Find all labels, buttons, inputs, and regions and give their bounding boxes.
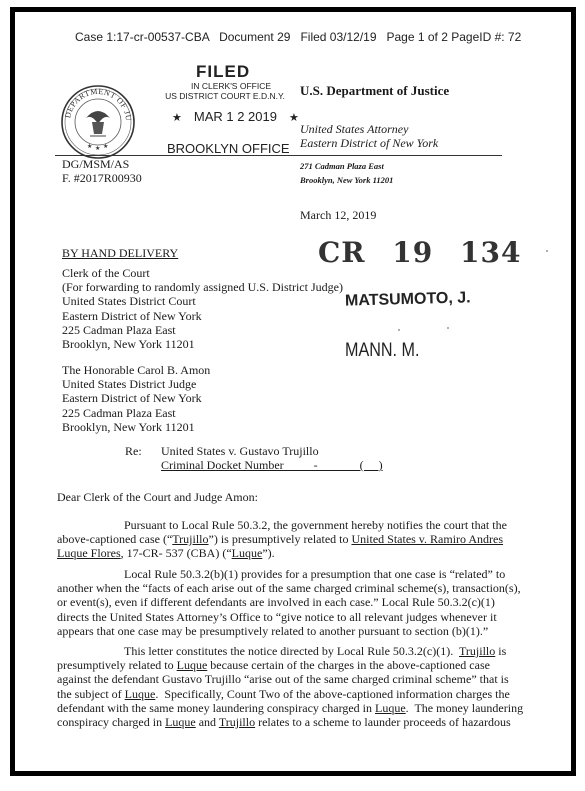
related-case-name: United States v. Ramiro Andres <box>351 532 503 546</box>
address-line: 225 Cadman Plaza East <box>62 406 210 420</box>
address-line: Eastern District of New York <box>62 391 210 405</box>
filed-stamp-date-row: ★MAR 1 2 2019★ <box>160 110 311 125</box>
address-line: United States District Judge <box>62 377 210 391</box>
star-icon: ★ <box>160 112 194 124</box>
text: . Specifically, Count Two of the above-c… <box>155 687 510 701</box>
case-short-name: Trujillo <box>459 644 495 658</box>
department-of-justice-seal-icon: DEPARTMENT OF JUSTICE ★ ★ ★ <box>60 84 136 160</box>
scan-speck <box>447 327 449 329</box>
re-label: Re: <box>125 444 142 459</box>
text: presumptively related to <box>57 658 177 672</box>
paragraph-line: Local Rule 50.3.2(b)(1) provides for a p… <box>57 567 527 581</box>
text: above-captioned case (“ <box>57 532 172 546</box>
case-short-name: Luque <box>177 658 208 672</box>
scan-speck <box>546 250 548 252</box>
re-docket-number: Criminal Docket Number - ( ) <box>161 458 383 472</box>
recipient-judge-address: The Honorable Carol B. Amon United State… <box>62 363 210 434</box>
paragraph-line: presumptively related to Luque because c… <box>57 658 527 672</box>
re-case-title: United States v. Gustavo Trujillo <box>161 444 383 458</box>
address-line: Eastern District of New York <box>62 309 343 323</box>
reference-codes: DG/MSM/AS F. #2017R00930 <box>62 157 142 185</box>
address-line: Brooklyn, New York 11201 <box>62 337 343 351</box>
address-line: 225 Cadman Plaza East <box>62 323 343 337</box>
letterhead-divider <box>55 155 502 156</box>
text: is <box>495 644 506 658</box>
paragraph-line: Pursuant to Local Rule 50.3.2, the gover… <box>57 518 527 532</box>
svg-text:★: ★ <box>95 145 100 152</box>
text: the subject of <box>57 687 125 701</box>
paragraph-3: This letter constitutes the notice direc… <box>57 644 527 729</box>
file-number: F. #2017R00930 <box>62 171 142 185</box>
paragraph-line: above-captioned case (“Trujillo”) is pre… <box>57 532 527 546</box>
letterhead-department: U.S. Department of Justice <box>300 83 449 99</box>
court-filing-header: Case 1:17-cr-00537-CBA Document 29 Filed… <box>75 30 521 44</box>
text: defendant with the same money laundering… <box>57 701 375 715</box>
svg-text:★: ★ <box>103 143 108 150</box>
svg-text:★: ★ <box>87 143 92 150</box>
paragraph-line: conspiracy charged in Luque and Trujillo… <box>57 715 527 729</box>
address-line: Brooklyn, New York 11201 <box>62 420 210 434</box>
paragraph-1: Pursuant to Local Rule 50.3.2, the gover… <box>57 518 527 561</box>
text: , 17-CR- 537 (CBA) (“ <box>121 546 232 560</box>
re-subject: United States v. Gustavo Trujillo Crimin… <box>161 444 383 472</box>
case-short-name: Luque <box>375 701 406 715</box>
letterhead-address-line1: 271 Cadman Plaza East <box>300 159 393 173</box>
paragraph-line: another when the “facts of each arise ou… <box>57 581 527 595</box>
letterhead-address-line2: Brooklyn, New York 11201 <box>300 173 393 187</box>
filed-stamp-office: BROOKLYN OFFICE <box>167 142 290 156</box>
paragraph-line: defendant with the same money laundering… <box>57 701 527 715</box>
salutation: Dear Clerk of the Court and Judge Amon: <box>57 490 527 504</box>
case-short-name: Luque <box>165 715 196 729</box>
filed-stamp-court: US DISTRICT COURT E.D.N.Y. <box>155 91 295 101</box>
paragraph-line: This letter constitutes the notice direc… <box>57 644 527 658</box>
filed-stamp-date: MAR 1 2 2019 <box>194 109 277 124</box>
filed-stamp-clerks-office: IN CLERK'S OFFICE <box>166 81 296 91</box>
assigned-judge-stamp: MATSUMOTO, J. <box>345 289 471 310</box>
letter-date: March 12, 2019 <box>300 208 376 223</box>
delivery-method: BY HAND DELIVERY <box>62 246 178 261</box>
text: because certain of the charges in the ab… <box>207 658 490 672</box>
address-line: Clerk of the Court <box>62 266 343 280</box>
text: . The money laundering <box>406 701 523 715</box>
initials: DG/MSM/AS <box>62 157 142 171</box>
text: and <box>196 715 219 729</box>
paragraph-line: or event(s), even if different defendant… <box>57 595 527 609</box>
text: ”) is presumptively related to <box>209 532 352 546</box>
related-case-name: Luque Flores <box>57 546 121 560</box>
paragraph-line: Luque Flores, 17-CR- 537 (CBA) (“Luque”)… <box>57 546 527 560</box>
case-short-name: Luque <box>125 687 156 701</box>
paragraph-line: the subject of Luque. Specifically, Coun… <box>57 687 527 701</box>
letterhead-address: 271 Cadman Plaza East Brooklyn, New York… <box>300 159 393 187</box>
paragraph-line: appears that one case may be presumptive… <box>57 624 527 638</box>
text: relates to a scheme to launder proceeds … <box>255 715 511 729</box>
text: ”). <box>262 546 274 560</box>
paragraph-line: against the defendant Gustavo Trujillo “… <box>57 672 527 686</box>
letterhead-office-line1: United States Attorney <box>300 122 438 136</box>
case-short-name: Luque <box>232 546 263 560</box>
filed-stamp-title: FILED <box>196 64 250 80</box>
paragraph-line: directs the United States Attorney’s Off… <box>57 610 527 624</box>
address-line: (For forwarding to randomly assigned U.S… <box>62 280 343 294</box>
magistrate-judge-stamp: MANN. M. <box>345 340 419 362</box>
letterhead-office-line2: Eastern District of New York <box>300 136 438 150</box>
recipient-clerk-address: Clerk of the Court (For forwarding to ra… <box>62 266 343 351</box>
paragraph-2: Local Rule 50.3.2(b)(1) provides for a p… <box>57 567 527 638</box>
text: conspiracy charged in <box>57 715 165 729</box>
scan-speck <box>398 329 400 331</box>
case-short-name: Trujillo <box>172 532 208 546</box>
case-number-stamp: CR 19 134 <box>318 236 521 269</box>
address-line: United States District Court <box>62 294 343 308</box>
address-line: The Honorable Carol B. Amon <box>62 363 210 377</box>
letterhead-office: United States Attorney Eastern District … <box>300 122 438 150</box>
text: This letter constitutes the notice direc… <box>124 644 459 658</box>
case-short-name: Trujillo <box>219 715 255 729</box>
